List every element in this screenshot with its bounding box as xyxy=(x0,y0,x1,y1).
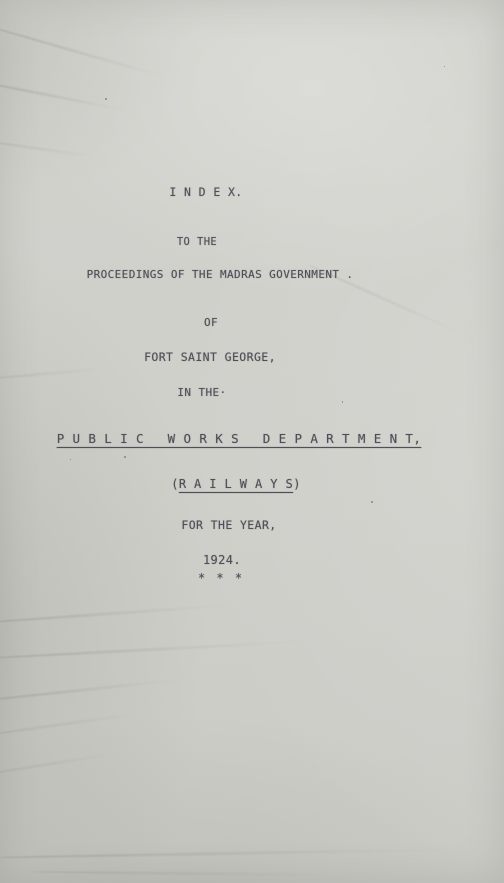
paper-crease xyxy=(0,848,462,859)
dust-speck xyxy=(70,459,71,460)
paper-crease xyxy=(0,752,117,775)
department-title: P U B L I C W O R K S D E P A R T M E N … xyxy=(57,431,422,446)
scanned-document-page: I N D E X. TO THE PROCEEDINGS OF THE MAD… xyxy=(0,0,504,883)
asterisk-divider: * * * xyxy=(198,571,244,585)
paper-crease xyxy=(0,82,135,114)
dust-speck xyxy=(371,501,373,503)
paper-crease xyxy=(0,711,147,736)
year-text: 1924. xyxy=(203,553,241,567)
paper-crease xyxy=(0,26,175,81)
subtitle-to-the: TO THE xyxy=(177,236,217,248)
dust-speck xyxy=(124,456,126,458)
railways-close-paren: ) xyxy=(293,477,301,491)
paper-crease xyxy=(0,603,238,623)
subtitle-fort-saint-george: FORT SAINT GEORGE, xyxy=(144,350,276,364)
dust-speck xyxy=(105,98,107,100)
subtitle-proceedings: PROCEEDINGS OF THE MADRAS GOVERNMENT . xyxy=(87,268,354,281)
index-heading: I N D E X. xyxy=(169,185,242,199)
dust-speck xyxy=(444,66,445,67)
paper-crease xyxy=(0,367,108,380)
subtitle-for-the-year: FOR THE YEAR, xyxy=(181,518,276,532)
railways-open-paren: ( xyxy=(171,477,179,491)
paper-crease xyxy=(0,678,188,702)
subtitle-of: OF xyxy=(204,316,218,329)
paper-crease xyxy=(0,639,318,659)
paper-crease xyxy=(0,140,100,158)
paper-crease xyxy=(30,870,360,876)
subtitle-in-the: IN THE· xyxy=(177,386,226,399)
dust-speck xyxy=(342,401,343,403)
railways-text: R A I L W A Y S xyxy=(179,477,293,491)
railways-subtitle: (R A I L W A Y S) xyxy=(171,477,301,491)
